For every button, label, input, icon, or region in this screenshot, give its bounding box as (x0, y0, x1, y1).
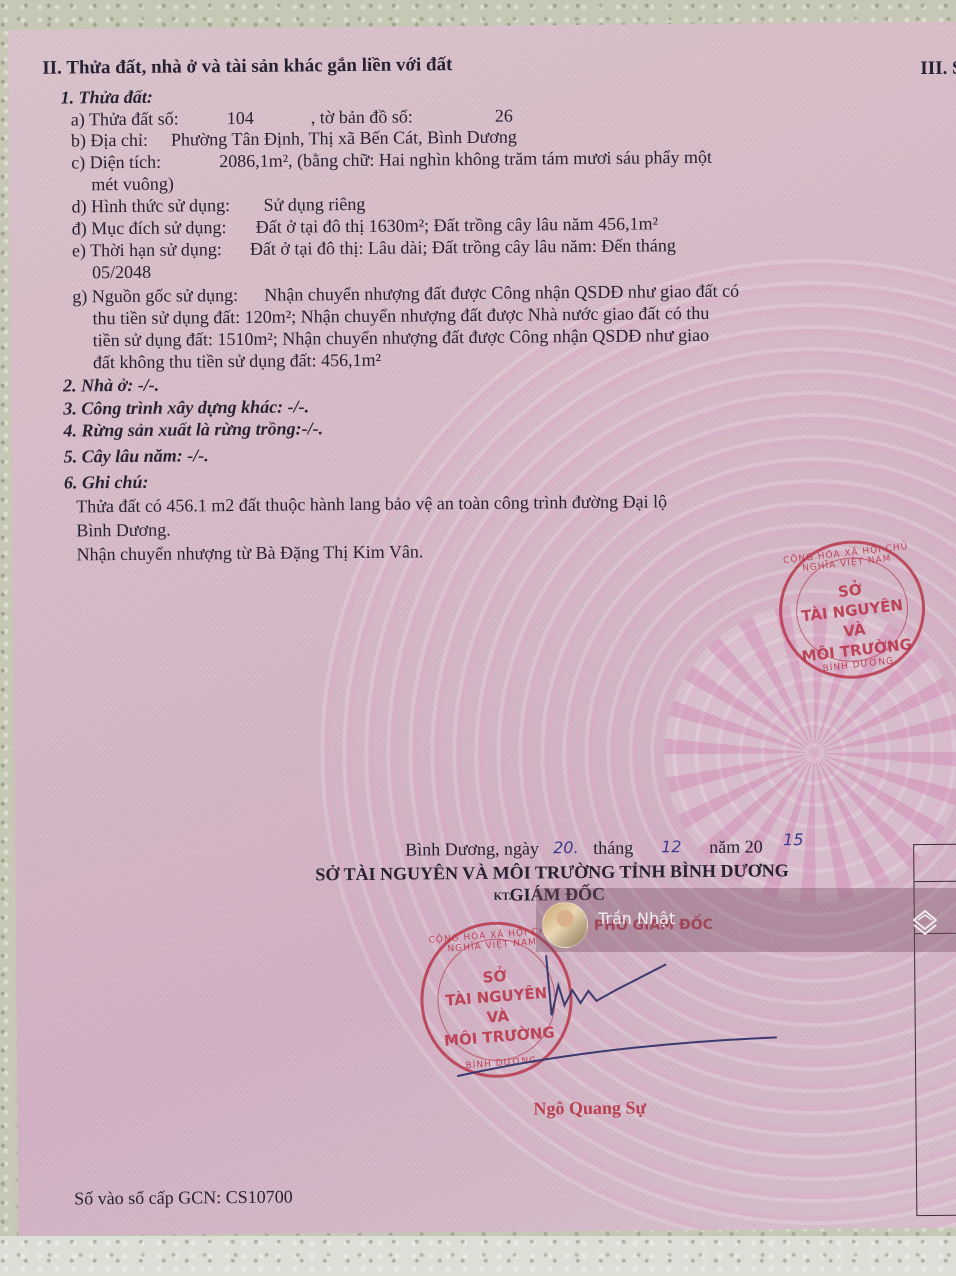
date-day: 20. (553, 837, 579, 859)
land-certificate-page: II. Thửa đất, nhà ở và tài sản khác gắn … (8, 22, 956, 1236)
perennial-trees-item: 5. Cây lâu năm: -/-. (64, 444, 209, 467)
official-stamp-top: CỘNG HÒA XÃ HỘI CHỦ NGHĨA VIỆT NAM SỞ TÀ… (772, 533, 933, 687)
date-prefix: Bình Dương, ngày (405, 837, 539, 860)
section-ii-title: II. Thửa đất, nhà ở và tài sản khác gắn … (42, 54, 452, 80)
section-iii-title: III. S (920, 58, 956, 80)
notes-line3: Nhận chuyển nhượng từ Bà Đặng Thị Kim Vâ… (76, 540, 423, 565)
usage-form-value: Sử dụng riêng (263, 193, 365, 216)
usage-term-label: e) Thời hạn sử dụng: (72, 238, 222, 261)
agency-name: SỞ TÀI NGUYÊN VÀ MÔI TRƯỜNG TỈNH BÌNH DƯ… (315, 859, 789, 885)
land-heading: 1. Thửa đất: (60, 86, 152, 109)
usage-form-label: d) Hình thức sử dụng: (71, 194, 230, 217)
parcel-number-label: a) Thửa đất số: (71, 108, 179, 131)
origin-line4: đất không thu tiền sử dụng đất: 456,1m² (93, 349, 381, 374)
stacked-layers-icon[interactable] (910, 908, 940, 938)
origin-label: g) Nguồn gốc sử dụng: (72, 284, 238, 307)
date-month-label: tháng (593, 837, 633, 859)
other-construction-item: 3. Công trình xây dựng khác: -/-. (63, 395, 309, 419)
production-forest-item: 4. Rừng sản xuất là rừng trồng:-/-. (63, 417, 323, 441)
countertop-bottom (0, 1236, 956, 1276)
area-value-cont: mét vuông) (91, 173, 174, 196)
notes-line2: Bình Dương. (76, 519, 170, 542)
date-year-suffix: 15 (783, 829, 804, 851)
date-year-label: năm 20 (709, 835, 763, 857)
origin-line3: tiền sử dụng đất: 1510m²; Nhận chuyển nh… (93, 324, 710, 351)
registry-number: Số vào sổ cấp GCN: CS10700 (74, 1186, 293, 1210)
usage-term-cont: 05/2048 (92, 261, 151, 284)
usage-term-value: Đất ở tại đô thị: Lâu dài; Đất trồng cây… (250, 234, 676, 260)
map-sheet-value: 26 (495, 105, 513, 127)
usage-purpose-label: đ) Mục đích sử dụng: (72, 216, 227, 239)
notes-line1: Thửa đất có 456.1 m2 đất thuộc hành lang… (76, 490, 667, 517)
map-sheet-label: , tờ bản đồ số: (311, 105, 413, 128)
address-value: Phường Tân Định, Thị xã Bến Cát, Bình Dư… (171, 126, 517, 151)
parcel-number-value: 104 (227, 107, 254, 129)
address-label: b) Địa chỉ: (71, 129, 148, 152)
area-value: 2086,1m², (bằng chữ: Hai nghìn không tră… (219, 146, 712, 172)
handwritten-signature (446, 943, 847, 1086)
signer-name: Ngô Quang Sự (533, 1096, 646, 1119)
notes-heading: 6. Ghi chú: (64, 471, 149, 494)
house-item: 2. Nhà ở: -/-. (63, 374, 159, 397)
date-month: 12 (661, 836, 682, 858)
user-name-label[interactable]: Trần Nhật (598, 909, 675, 928)
user-avatar[interactable] (542, 902, 588, 948)
area-label: c) Diện tích: (71, 151, 161, 174)
